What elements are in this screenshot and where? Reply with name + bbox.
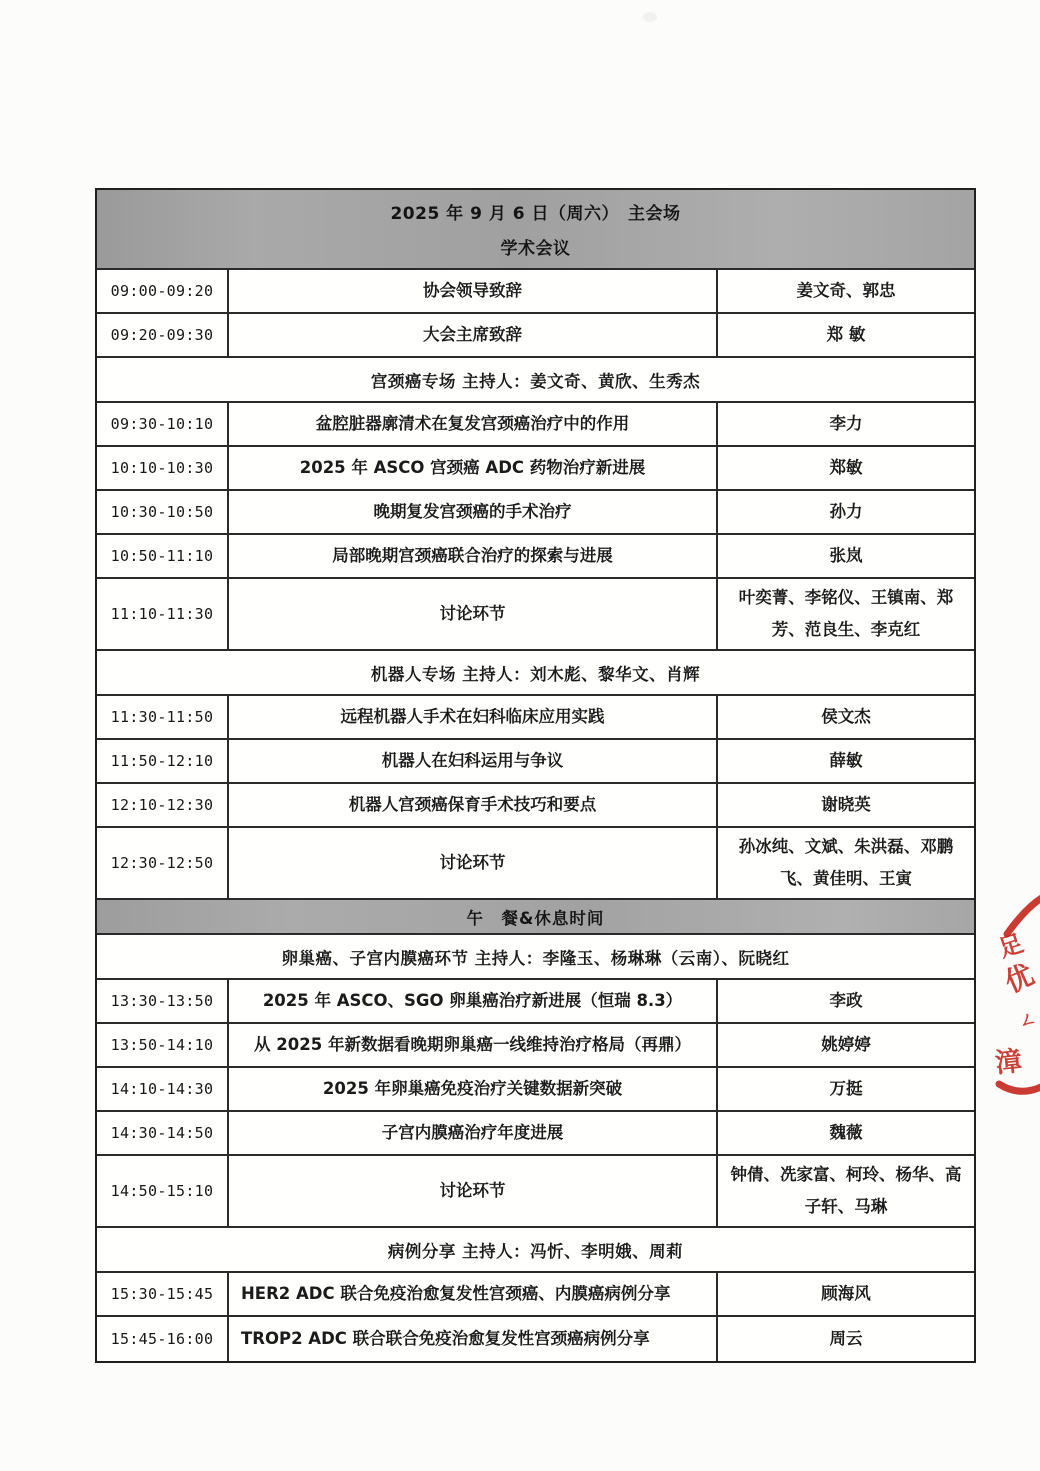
title-cell: 晚期复发宫颈癌的手术治疗 [229, 491, 716, 533]
speaker-cell: 张岚 [716, 535, 974, 577]
time-cell: 11:50-12:10 [97, 740, 229, 782]
header-date-venue: 2025 年 9 月 6 日（周六） 主会场 [390, 199, 680, 224]
schedule-row: 13:50-14:10 从 2025 年新数据看晚期卵巢癌一线维持治疗格局（再鼎… [97, 1024, 974, 1068]
stamp-fragment: ㄥ [1017, 1008, 1038, 1032]
schedule-row: 10:50-11:10 局部晚期宫颈癌联合治疗的探索与进展 张岚 [97, 535, 974, 579]
schedule-row: 11:50-12:10 机器人在妇科运用与争议 薛敏 [97, 740, 974, 784]
title-cell: 从 2025 年新数据看晚期卵巢癌一线维持治疗格局（再鼎） [229, 1024, 716, 1066]
conference-schedule-table: 2025 年 9 月 6 日（周六） 主会场 学术会议 09:00-09:20 … [95, 188, 976, 1363]
time-cell: 14:30-14:50 [97, 1112, 229, 1154]
speaker-cell: 郑敏 [716, 447, 974, 489]
speaker-cell: 姚婷婷 [716, 1024, 974, 1066]
section-header-row: 宫颈癌专场 主持人：姜文奇、黄欣、生秀杰 [97, 358, 974, 403]
scan-smudge [643, 12, 657, 22]
header-session-type: 学术会议 [501, 234, 571, 259]
scanned-schedule-page: 2025 年 9 月 6 日（周六） 主会场 学术会议 09:00-09:20 … [0, 0, 1040, 1471]
schedule-row-discussion: 14:50-15:10 讨论环节 钟倩、冼家富、柯玲、杨华、高子轩、马琳 [97, 1156, 974, 1228]
speaker-cell: 谢晓英 [716, 784, 974, 826]
lunch-break-label: 午 餐&休息时间 [97, 900, 974, 933]
title-cell: 2025 年卵巢癌免疫治疗关键数据新突破 [229, 1068, 716, 1110]
schedule-row: 09:20-09:30 大会主席致辞 郑 敏 [97, 314, 974, 358]
title-cell: 讨论环节 [229, 579, 716, 649]
stamp-fragment: 漳 [993, 1045, 1023, 1080]
time-cell: 13:30-13:50 [97, 980, 229, 1022]
time-cell: 12:10-12:30 [97, 784, 229, 826]
title-cell: 机器人宫颈癌保育手术技巧和要点 [229, 784, 716, 826]
time-cell: 12:30-12:50 [97, 828, 229, 898]
title-cell: HER2 ADC 联合免疫治愈复发性宫颈癌、内膜癌病例分享 [229, 1273, 716, 1315]
title-cell: 局部晚期宫颈癌联合治疗的探索与进展 [229, 535, 716, 577]
lunch-break-banner: 午 餐&休息时间 [97, 900, 974, 935]
schedule-row: 11:30-11:50 远程机器人手术在妇科临床应用实践 侯文杰 [97, 696, 974, 740]
title-cell: 机器人在妇科运用与争议 [229, 740, 716, 782]
stamp-fragment: 足 [995, 929, 1026, 963]
title-cell: 盆腔脏器廓清术在复发宫颈癌治疗中的作用 [229, 403, 716, 445]
time-cell: 11:30-11:50 [97, 696, 229, 738]
speaker-cell: 姜文奇、郭忠 [716, 270, 974, 312]
time-cell: 09:30-10:10 [97, 403, 229, 445]
section-header-row: 病例分享 主持人：冯忻、李明娥、周莉 [97, 1228, 974, 1273]
title-cell: 讨论环节 [229, 1156, 716, 1226]
schedule-row: 10:10-10:30 2025 年 ASCO 宫颈癌 ADC 药物治疗新进展 … [97, 447, 974, 491]
speaker-cell: 孙冰纯、文斌、朱洪磊、邓鹏飞、黄佳明、王寅 [716, 828, 974, 898]
schedule-row: 15:45-16:00 TROP2 ADC 联合联合免疫治愈复发性宫颈癌病例分享… [97, 1317, 974, 1361]
schedule-row: 14:30-14:50 子宫内膜癌治疗年度进展 魏薇 [97, 1112, 974, 1156]
time-cell: 14:10-14:30 [97, 1068, 229, 1110]
schedule-row: 14:10-14:30 2025 年卵巢癌免疫治疗关键数据新突破 万挺 [97, 1068, 974, 1112]
time-cell: 14:50-15:10 [97, 1156, 229, 1226]
section-title: 机器人专场 主持人：刘木彪、黎华文、肖辉 [97, 651, 974, 694]
title-cell: 2025 年 ASCO、SGO 卵巢癌治疗新进展（恒瑞 8.3） [229, 980, 716, 1022]
stamp-fragment: 优 [1000, 958, 1039, 1000]
title-cell: 大会主席致辞 [229, 314, 716, 356]
schedule-row: 12:10-12:30 机器人宫颈癌保育手术技巧和要点 谢晓英 [97, 784, 974, 828]
red-stamp-graphic: 足 优 ㄥ 漳 [985, 886, 1040, 1106]
speaker-cell: 魏薇 [716, 1112, 974, 1154]
schedule-row: 13:30-13:50 2025 年 ASCO、SGO 卵巢癌治疗新进展（恒瑞 … [97, 980, 974, 1024]
red-stamp: 足 优 ㄥ 漳 [985, 886, 1040, 1106]
section-title: 卵巢癌、子宫内膜癌环节 主持人：李隆玉、杨琳琳（云南）、阮晓红 [97, 935, 974, 978]
title-cell: 讨论环节 [229, 828, 716, 898]
time-cell: 13:50-14:10 [97, 1024, 229, 1066]
time-cell: 09:20-09:30 [97, 314, 229, 356]
title-cell: 协会领导致辞 [229, 270, 716, 312]
schedule-row: 09:00-09:20 协会领导致辞 姜文奇、郭忠 [97, 270, 974, 314]
section-header-row: 卵巢癌、子宫内膜癌环节 主持人：李隆玉、杨琳琳（云南）、阮晓红 [97, 935, 974, 980]
section-title: 病例分享 主持人：冯忻、李明娥、周莉 [97, 1228, 974, 1271]
title-cell: TROP2 ADC 联合联合免疫治愈复发性宫颈癌病例分享 [229, 1317, 716, 1361]
title-cell: 2025 年 ASCO 宫颈癌 ADC 药物治疗新进展 [229, 447, 716, 489]
speaker-cell: 李政 [716, 980, 974, 1022]
speaker-cell: 钟倩、冼家富、柯玲、杨华、高子轩、马琳 [716, 1156, 974, 1226]
time-cell: 15:30-15:45 [97, 1273, 229, 1315]
speaker-cell: 叶奕菁、李铭仪、王镇南、郑芳、范良生、李克红 [716, 579, 974, 649]
section-title: 宫颈癌专场 主持人：姜文奇、黄欣、生秀杰 [97, 358, 974, 401]
speaker-cell: 万挺 [716, 1068, 974, 1110]
speaker-cell: 顾海风 [716, 1273, 974, 1315]
time-cell: 09:00-09:20 [97, 270, 229, 312]
time-cell: 15:45-16:00 [97, 1317, 229, 1361]
time-cell: 11:10-11:30 [97, 579, 229, 649]
title-cell: 子宫内膜癌治疗年度进展 [229, 1112, 716, 1154]
section-header-row: 机器人专场 主持人：刘木彪、黎华文、肖辉 [97, 651, 974, 696]
speaker-cell: 李力 [716, 403, 974, 445]
time-cell: 10:30-10:50 [97, 491, 229, 533]
schedule-row: 15:30-15:45 HER2 ADC 联合免疫治愈复发性宫颈癌、内膜癌病例分… [97, 1273, 974, 1317]
speaker-cell: 侯文杰 [716, 696, 974, 738]
time-cell: 10:50-11:10 [97, 535, 229, 577]
table-header: 2025 年 9 月 6 日（周六） 主会场 学术会议 [97, 190, 974, 270]
schedule-row: 09:30-10:10 盆腔脏器廓清术在复发宫颈癌治疗中的作用 李力 [97, 403, 974, 447]
schedule-row-discussion: 12:30-12:50 讨论环节 孙冰纯、文斌、朱洪磊、邓鹏飞、黄佳明、王寅 [97, 828, 974, 900]
schedule-row-discussion: 11:10-11:30 讨论环节 叶奕菁、李铭仪、王镇南、郑芳、范良生、李克红 [97, 579, 974, 651]
speaker-cell: 周云 [716, 1317, 974, 1361]
speaker-cell: 孙力 [716, 491, 974, 533]
speaker-cell: 薛敏 [716, 740, 974, 782]
title-cell: 远程机器人手术在妇科临床应用实践 [229, 696, 716, 738]
speaker-cell: 郑 敏 [716, 314, 974, 356]
schedule-row: 10:30-10:50 晚期复发宫颈癌的手术治疗 孙力 [97, 491, 974, 535]
time-cell: 10:10-10:30 [97, 447, 229, 489]
